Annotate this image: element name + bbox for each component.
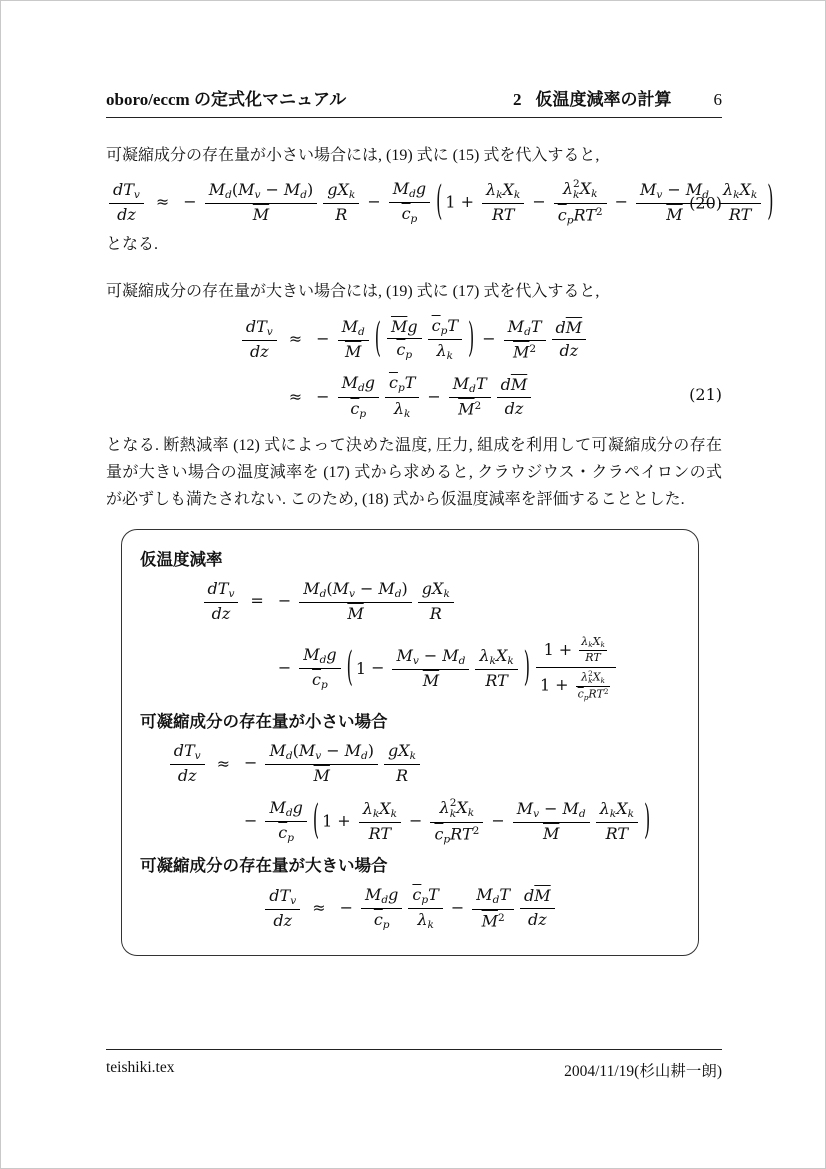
math-token: X: [580, 179, 591, 198]
math-token: M: [442, 646, 458, 665]
fraction-numerator: Mv−Md: [513, 800, 590, 823]
math-token: dT: [113, 180, 134, 199]
math-token: M: [342, 373, 358, 392]
math-token: p: [398, 382, 405, 394]
equation-rhs: −MdM(MgcpcpTλk)−MdTM2dMdz: [311, 317, 589, 363]
fraction-denominator: dz: [552, 340, 587, 360]
math-token: −: [178, 192, 201, 211]
math-token: λ: [479, 646, 489, 665]
box-equation-large: dTvdz≈−MdgcpcpTλk−MdTM2dMdz: [140, 886, 680, 932]
math-token: −: [662, 180, 685, 199]
fraction-denominator: λk: [408, 909, 442, 931]
math-token: g: [293, 798, 303, 817]
math-token: M: [508, 317, 524, 336]
math-token: X: [503, 180, 514, 199]
math-fraction: gXkR: [384, 742, 420, 786]
math-fraction: λkXkRT: [482, 181, 524, 225]
fraction-denominator: RT: [596, 823, 638, 843]
fraction-denominator: dz: [242, 341, 277, 361]
math-fraction: Mdgcp: [389, 180, 430, 226]
math-token: 1: [540, 675, 550, 694]
math-fraction: dMdz: [552, 319, 587, 361]
math-fraction: dTvdz: [204, 580, 239, 624]
math-token: v: [267, 326, 273, 338]
math-token: p: [321, 680, 328, 692]
footer-filename: teishiki.tex: [106, 1059, 174, 1081]
fraction-denominator: dz: [497, 398, 532, 418]
fraction-numerator: cpT: [428, 317, 462, 340]
math-fraction: gXkR: [418, 580, 454, 624]
math-token: M: [314, 766, 330, 785]
math-token: M: [511, 375, 527, 394]
math-fraction: cpTλk: [385, 374, 419, 420]
math-token: M: [423, 671, 439, 690]
math-overbar: M: [314, 766, 330, 785]
fraction-numerator: λkXk: [596, 800, 638, 823]
math-token: ): [368, 741, 374, 760]
math-fraction: Mgcp: [387, 318, 422, 362]
math-overbar: M: [534, 886, 550, 905]
fraction-numerator: λkXk: [719, 181, 761, 204]
fraction-denominator: cp: [299, 669, 340, 691]
math-overbar: c: [389, 373, 398, 392]
math-token: −: [311, 387, 334, 406]
math-token: M: [563, 799, 579, 818]
math-token: M: [378, 579, 394, 598]
math-token: d: [556, 318, 566, 337]
box-equation-small: dTvdz≈−Md(Mv−Md)MgXkR−Mdgcp(1+λkXkRT−λ2k…: [140, 742, 680, 845]
math-token: M: [566, 318, 582, 337]
math-fraction: MdM: [338, 318, 369, 362]
fraction-numerator: Mdg: [265, 799, 306, 822]
math-token: dz: [559, 341, 578, 360]
math-token: M: [299, 741, 315, 760]
math-token: M: [391, 317, 407, 336]
math-subsup: 2k: [573, 179, 580, 201]
math-token: k: [349, 189, 355, 201]
math-token: g: [422, 579, 432, 598]
fraction-numerator: cpT: [385, 374, 419, 397]
math-token: RT: [588, 688, 603, 701]
math-fraction: gXkR: [323, 181, 359, 225]
math-token: −: [477, 329, 500, 348]
fraction-numerator: Md(Mv−Md): [299, 580, 412, 603]
math-token: k: [410, 750, 416, 762]
math-token: c: [278, 823, 287, 842]
math-token: RT: [573, 205, 595, 224]
fraction-denominator: λk: [428, 340, 462, 362]
math-token: 2: [529, 343, 536, 355]
math-token: v: [134, 189, 140, 201]
fraction-numerator: Mv−Md: [392, 647, 469, 670]
math-token: M: [345, 342, 361, 361]
math-overbar: M: [511, 375, 527, 394]
math-token: λ: [486, 180, 496, 199]
equation-rhs: −Mdgcp(1+λkXkRT−λ2kXkcpRT2−Mv−MdMλkXkRT): [239, 798, 653, 846]
math-token: k: [628, 808, 634, 820]
math-token: −: [335, 898, 358, 917]
math-token: c: [402, 204, 411, 223]
math-token: d: [409, 188, 416, 200]
fraction-numerator: Md(Mv−Md): [265, 742, 378, 765]
math-token: dT: [269, 886, 290, 905]
math-token: R: [430, 604, 442, 623]
paragraph-tonaru-1: となる.: [106, 231, 722, 258]
math-token: d: [358, 326, 365, 338]
math-token: X: [456, 798, 467, 817]
equation-lhs: dTvdz: [239, 318, 280, 362]
math-fraction: dTvdz: [242, 318, 277, 362]
box-title-small-amount: 可凝縮成分の存在量が小さい場合: [140, 708, 680, 732]
math-overbar: M: [347, 604, 363, 623]
math-token: k: [514, 189, 520, 201]
math-token: −: [446, 898, 469, 917]
fraction-denominator: cp: [338, 398, 379, 420]
math-fraction: λ2kXkcpRT2: [576, 670, 611, 702]
math-token: c: [432, 316, 441, 335]
math-fraction: Md(Mv−Md)M: [205, 181, 318, 225]
fraction-denominator: cp: [389, 203, 430, 225]
math-token: +: [332, 811, 355, 830]
fraction-numerator: MdT: [472, 886, 514, 909]
big-paren: (: [375, 314, 381, 366]
math-token: X: [398, 741, 409, 760]
math-fraction: λ2kXkcpRT2: [554, 179, 607, 227]
math-token: dz: [273, 911, 292, 930]
math-token: RT: [369, 824, 391, 843]
math-token: d: [395, 588, 402, 600]
math-token: k: [468, 807, 474, 819]
fraction-numerator: Md: [338, 318, 369, 341]
math-fraction: λkXkRT: [719, 181, 761, 225]
fraction-denominator: 1+λ2kXkcpRT2: [536, 668, 616, 702]
page-header: oboro/eccm の定式化マニュアル 2 仮温度減率の計算 6: [106, 85, 722, 118]
math-fraction: Mdgcp: [299, 646, 340, 692]
big-paren: (: [436, 177, 442, 229]
math-token: RT: [450, 824, 472, 843]
math-token: M: [453, 374, 469, 393]
math-token: +: [456, 192, 479, 211]
math-token: M: [365, 885, 381, 904]
fraction-numerator: Mg: [387, 318, 422, 339]
math-token: g: [327, 180, 337, 199]
equation-rhs: −Md(Mv−Md)MgXkR−Mdgcp(1+λkXkRT−λ2kXkcpRT…: [178, 179, 776, 227]
fraction-numerator: Mdg: [299, 646, 340, 669]
math-token: M: [269, 798, 285, 817]
math-token: M: [253, 205, 269, 224]
math-token: λ: [363, 799, 373, 818]
math-token: λ: [417, 910, 427, 929]
fraction-denominator: M: [513, 823, 590, 843]
equation-relation: =: [241, 591, 272, 612]
math-token: d: [524, 326, 531, 338]
math-token: −: [422, 387, 445, 406]
math-token: RT: [606, 824, 628, 843]
math-token: 1: [322, 811, 332, 830]
math-overbar: M: [391, 317, 407, 336]
math-token: d: [358, 382, 365, 394]
math-token: k: [591, 188, 597, 200]
equation-relation: ≈: [303, 898, 334, 919]
fraction-denominator: RT: [579, 651, 607, 665]
fraction-denominator: M: [338, 341, 369, 361]
math-token: −: [239, 811, 262, 830]
big-paren: ): [767, 177, 773, 229]
math-token: M: [303, 645, 319, 664]
math-overbar: M: [566, 318, 582, 337]
math-token: dT: [246, 317, 267, 336]
math-token: −: [355, 579, 378, 598]
fraction-numerator: gXk: [384, 742, 420, 765]
box-title-virtual-lapse-rate: 仮温度減率: [140, 546, 680, 570]
math-token: dz: [117, 205, 136, 224]
math-fraction: dTvdz: [170, 742, 205, 786]
math-token: T: [428, 885, 439, 904]
fraction-denominator: dz: [170, 765, 205, 785]
math-token: k: [443, 588, 449, 600]
equation-rhs: −MdgcpcpTλk−MdTM2dMdz: [335, 886, 558, 932]
fraction-numerator: MdT: [449, 375, 491, 398]
fraction-numerator: λ2kXk: [576, 670, 611, 687]
math-token: X: [616, 799, 627, 818]
equation-lhs: dTvdz: [201, 580, 242, 624]
math-token: v: [413, 655, 419, 667]
math-token: d: [501, 375, 511, 394]
math-token: X: [740, 180, 751, 199]
fraction-denominator: M2: [472, 910, 514, 931]
math-token: k: [427, 919, 433, 931]
page-content: oboro/eccm の定式化マニュアル 2 仮温度減率の計算 6 可凝縮成分の…: [106, 1, 722, 956]
math-token: −: [273, 591, 296, 610]
math-fraction: λkXkRT: [596, 800, 638, 844]
math-token: M: [640, 180, 656, 199]
math-token: dz: [250, 342, 269, 361]
fraction-numerator: dTv: [242, 318, 277, 341]
equation-rhs: −Md(Mv−Md)MgXkR: [273, 580, 457, 624]
math-overbar: M: [458, 400, 474, 419]
fraction-denominator: M: [205, 204, 318, 224]
math-token: M: [534, 886, 550, 905]
math-token: g: [326, 645, 336, 664]
math-token: dT: [174, 741, 195, 760]
fraction-numerator: gXk: [323, 181, 359, 204]
fraction-denominator: RT: [482, 204, 524, 224]
math-token: X: [496, 646, 507, 665]
fraction-denominator: RT: [359, 823, 401, 843]
math-token: g: [365, 373, 375, 392]
math-fraction: 1+λkXkRT1+λ2kXkcpRT2: [536, 636, 616, 703]
fraction-denominator: dz: [520, 909, 555, 929]
math-token: d: [469, 383, 476, 395]
fraction-numerator: Mdg: [361, 886, 402, 909]
math-token: RT: [585, 651, 600, 664]
math-token: T: [531, 317, 542, 336]
math-fraction: Mdgcp: [338, 374, 379, 420]
math-token: λ: [723, 180, 733, 199]
math-token: 1: [445, 192, 455, 211]
equation-lhs: dTvdz: [262, 887, 303, 931]
box-equation-general: dTvdz=−Md(Mv−Md)MgXkR−Mdgcp(1−Mv−MdMλkXk…: [140, 580, 680, 702]
math-fraction: dMdz: [497, 376, 532, 418]
fraction-denominator: M: [265, 765, 378, 785]
equation-lhs: dTvdz: [106, 181, 147, 225]
math-token: X: [379, 799, 390, 818]
math-token: λ: [440, 798, 450, 817]
equation-lhs: dTvdz: [167, 742, 208, 786]
fraction-denominator: R: [418, 603, 454, 623]
math-fraction: Md(Mv−Md)M: [299, 580, 412, 624]
math-token: c: [389, 373, 398, 392]
math-token: RT: [485, 671, 507, 690]
math-token: p: [359, 408, 366, 420]
math-token: λ: [394, 399, 404, 418]
math-overbar: c: [278, 823, 287, 842]
equation-rhs: −Md(Mv−Md)MgXkR: [239, 742, 423, 786]
fraction-numerator: dM: [497, 376, 532, 397]
fraction-denominator: cpRT2: [576, 687, 611, 702]
fraction-numerator: λ2kXk: [554, 179, 607, 204]
math-token: M: [476, 885, 492, 904]
big-paren: (: [347, 643, 353, 695]
math-token: T: [476, 374, 487, 393]
page-footer: teishiki.tex 2004/11/19(杉山耕一朗): [106, 1049, 722, 1081]
math-token: M: [238, 180, 254, 199]
equation-number: (21): [689, 385, 722, 404]
math-token: M: [396, 646, 412, 665]
fraction-numerator: dM: [520, 887, 555, 908]
fraction-numerator: dM: [552, 319, 587, 340]
math-token: M: [517, 799, 533, 818]
math-fraction: λkXkRT: [475, 647, 517, 691]
math-token: c: [558, 205, 567, 224]
math-token: R: [335, 205, 347, 224]
equation-lines: dTvdz≈−MdgcpcpTλk−MdTM2dMdz: [262, 886, 557, 932]
fraction-denominator: cpRT2: [430, 823, 483, 846]
math-token: d: [225, 189, 232, 201]
math-token: p: [405, 349, 412, 361]
math-token: M: [303, 579, 319, 598]
math-token: c: [312, 670, 321, 689]
math-token: X: [432, 579, 443, 598]
equation-relation: ≈: [147, 192, 178, 213]
equation-rhs: −Mdgcp(1−Mv−MdMλkXkRT)1+λkXkRT1+λ2kXkcpR…: [273, 636, 620, 703]
math-token: T: [405, 373, 416, 392]
page-number: 6: [714, 90, 723, 110]
math-token: d: [361, 750, 368, 762]
math-token: X: [338, 180, 349, 199]
math-token: M: [269, 741, 285, 760]
math-fraction: Md(Mv−Md)M: [265, 742, 378, 786]
fraction-denominator: dz: [265, 910, 300, 930]
math-token: dz: [528, 910, 547, 929]
equation-lines: dTvdz=−Md(Mv−Md)MgXkR−Mdgcp(1−Mv−MdMλkXk…: [201, 580, 620, 702]
math-token: d: [579, 808, 586, 820]
math-token: λ: [600, 799, 610, 818]
math-overbar: M: [345, 342, 361, 361]
math-token: −: [419, 646, 442, 665]
header-section: 2 仮温度減率の計算 6: [513, 85, 722, 110]
paragraph-intro-large: 可凝縮成分の存在量が大きい場合には, (19) 式に (17) 式を代入すると,: [106, 278, 722, 305]
paragraph-discussion: となる. 断熱減率 (12) 式によって決めた温度, 圧力, 組成を利用して可凝…: [106, 432, 722, 513]
box-title-large-amount: 可凝縮成分の存在量が大きい場合: [140, 852, 680, 876]
math-token: ): [307, 180, 313, 199]
fraction-numerator: λkXk: [482, 181, 524, 204]
math-token: +: [554, 640, 577, 659]
equation-lines: dTvdz≈−Md(Mv−Md)MgXkR−Mdgcp(1+λkXkRT−λ2k…: [106, 179, 777, 227]
big-paren: ): [524, 643, 530, 695]
big-paren: ): [468, 314, 474, 366]
math-token: g: [388, 741, 398, 760]
math-token: g: [388, 885, 398, 904]
math-fraction: cpTλk: [408, 886, 442, 932]
math-token: dT: [208, 579, 229, 598]
math-token: 2: [475, 400, 482, 412]
math-token: M: [482, 911, 498, 930]
math-token: k: [600, 640, 604, 649]
math-token: 2: [498, 912, 505, 924]
equation-relation: ≈: [280, 387, 311, 408]
math-overbar: M: [253, 205, 269, 224]
math-token: λ: [563, 179, 573, 198]
math-token: M: [342, 317, 358, 336]
math-token: X: [593, 670, 601, 683]
math-overbar: c: [402, 204, 411, 223]
math-token: M: [333, 579, 349, 598]
math-token: v: [228, 588, 234, 600]
math-token: k: [601, 676, 605, 685]
equation-relation: ≈: [208, 754, 239, 775]
math-token: M: [543, 824, 559, 843]
fraction-numerator: λkXk: [475, 647, 517, 670]
math-fraction: dMdz: [520, 887, 555, 929]
math-token: k: [391, 808, 397, 820]
math-token: M: [393, 179, 409, 198]
math-overbar: M: [482, 911, 498, 930]
document-page: oboro/eccm の定式化マニュアル 2 仮温度減率の計算 6 可凝縮成分の…: [0, 0, 826, 1169]
math-token: −: [362, 192, 385, 211]
fraction-denominator: M: [392, 670, 469, 690]
equation-lines: dTvdz≈−MdM(MgcpcpTλk)−MdTM2dMdz≈−Mdgcpcp…: [239, 317, 589, 420]
fraction-numerator: dTv: [170, 742, 205, 765]
fraction-denominator: dz: [109, 204, 144, 224]
math-token: M: [284, 180, 300, 199]
math-token: g: [416, 179, 426, 198]
fraction-numerator: dTv: [109, 181, 144, 204]
math-token: c: [374, 910, 383, 929]
math-overbar: c: [558, 205, 567, 224]
math-overbar: M: [513, 342, 529, 361]
math-token: p: [411, 214, 418, 226]
math-token: +: [550, 675, 573, 694]
math-token: −: [260, 180, 283, 199]
math-fraction: Mv−MdM: [392, 647, 469, 691]
math-token: −: [366, 658, 389, 677]
fraction-numerator: gXk: [418, 580, 454, 603]
math-token: d: [286, 807, 293, 819]
equation-21: dTvdz≈−MdM(MgcpcpTλk)−MdTM2dMdz≈−Mdgcpcp…: [106, 317, 722, 420]
fraction-numerator: Mdg: [338, 374, 379, 397]
math-fraction: dTvdz: [109, 181, 144, 225]
math-token: M: [347, 604, 363, 623]
math-token: p: [287, 832, 294, 844]
math-token: λ: [437, 341, 447, 360]
fraction-numerator: MdT: [504, 318, 546, 341]
math-fraction: Mv−MdM: [513, 800, 590, 844]
summary-box: 仮温度減率 dTvdz=−Md(Mv−Md)MgXkR−Mdgcp(1−Mv−M…: [121, 529, 699, 956]
fraction-numerator: λ2kXk: [430, 798, 483, 823]
fraction-denominator: cp: [387, 339, 422, 361]
fraction-denominator: RT: [719, 204, 761, 224]
